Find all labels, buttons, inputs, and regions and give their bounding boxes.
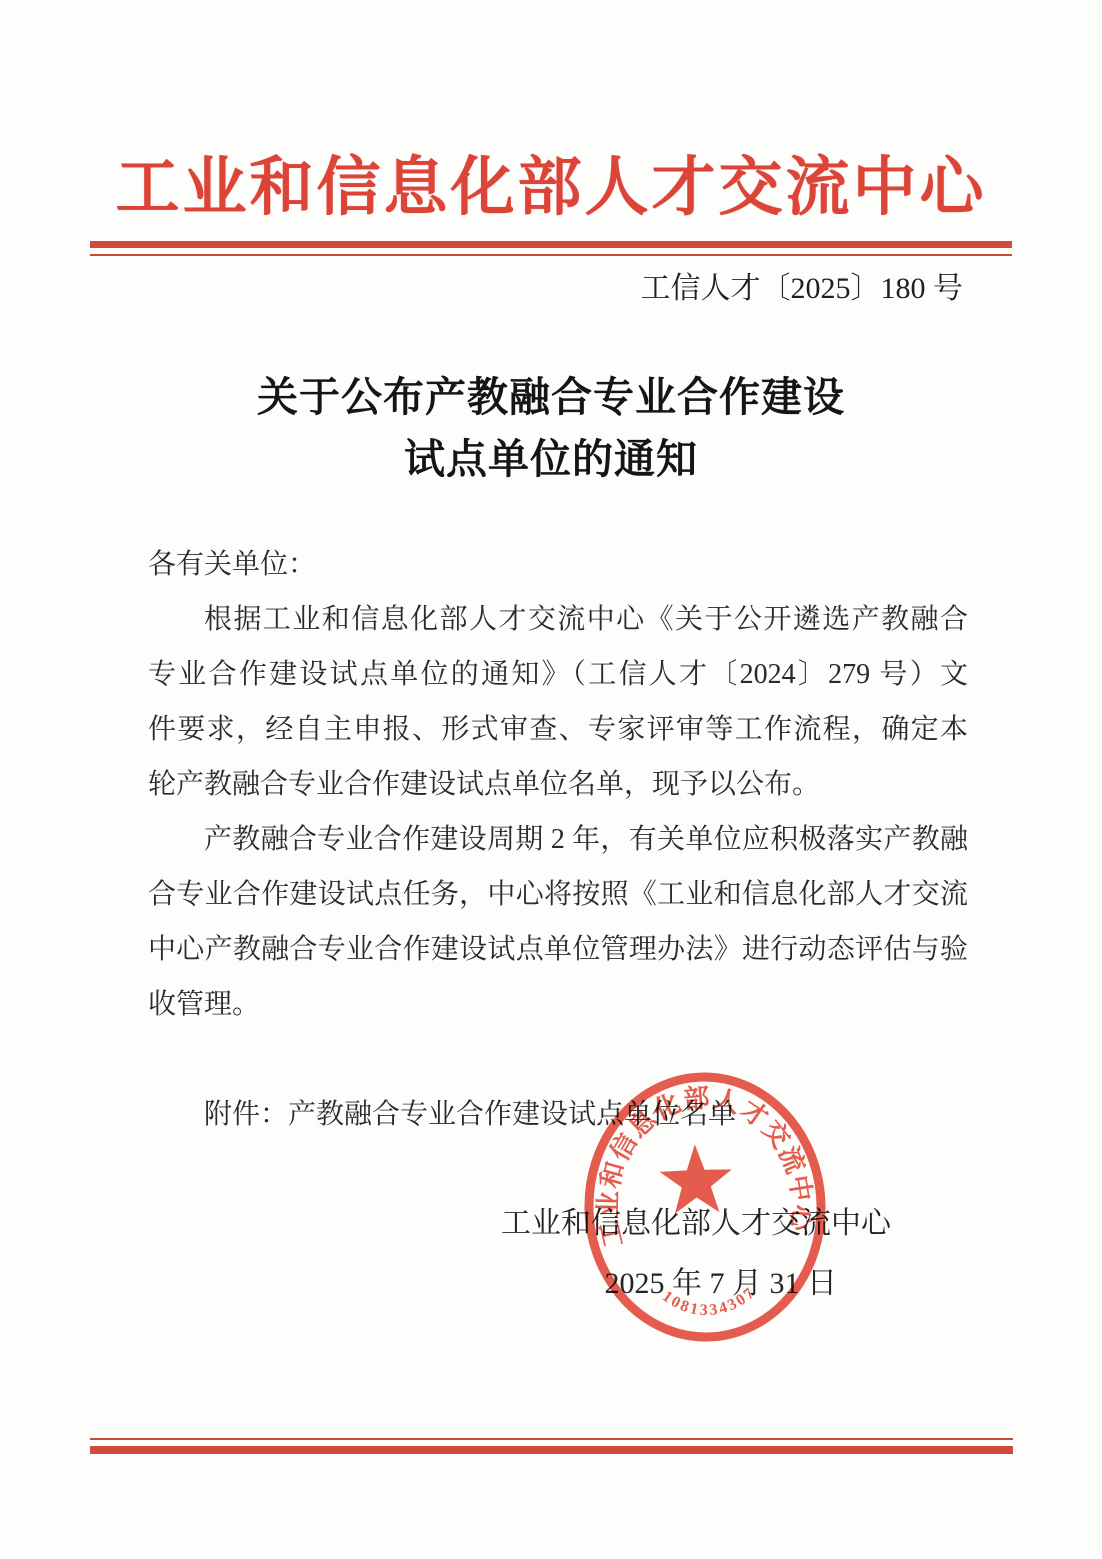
salutation: 各有关单位： xyxy=(148,537,968,592)
paragraph-1: 根据工业和信息化部人才交流中心《关于公开遴选产教融合专业合作建设试点单位的通知》… xyxy=(148,592,968,812)
body-text-line: 专业合作建设试点单位的通知》（工信人才〔2024〕279 号）文 xyxy=(148,647,968,702)
attachment-line: 附件：产教融合专业合作建设试点单位名单 xyxy=(148,1087,736,1142)
body-text-line: 中心产教融合专业合作建设试点单位管理办法》进行动态评估与验 xyxy=(148,922,968,977)
signoff-org-name: 工业和信息化部人才交流中心 xyxy=(501,1204,891,1244)
paragraph-2: 产教融合专业合作建设周期 2 年，有关单位应积极落实产教融合专业合作建设试点任务… xyxy=(148,812,968,1032)
document-title: 关于公布产教融合专业合作建设 试点单位的通知 xyxy=(0,366,1102,490)
body-text-line: 根据工业和信息化部人才交流中心《关于公开遴选产教融合 xyxy=(148,592,968,647)
footer-rule-thick xyxy=(90,1446,1013,1454)
body-text-line: 产教融合专业合作建设周期 2 年，有关单位应积极落实产教融 xyxy=(148,812,968,867)
body-text-line: 收管理。 xyxy=(148,977,968,1032)
footer-rule xyxy=(90,1438,1013,1454)
document-title-line2: 试点单位的通知 xyxy=(0,428,1102,490)
document-page: 工业和信息化部人才交流中心 工信人才〔2025〕180 号 关于公布产教融合专业… xyxy=(0,0,1102,1559)
signoff-date: 2025 年 7 月 31 日 xyxy=(605,1264,838,1304)
body-text-line: 轮产教融合专业合作建设试点单位名单，现予以公布。 xyxy=(148,757,968,812)
letterhead-org-title: 工业和信息化部人才交流中心 xyxy=(0,150,1102,226)
letterhead-rule xyxy=(90,241,1012,256)
document-body: 各有关单位： 根据工业和信息化部人才交流中心《关于公开遴选产教融合专业合作建设试… xyxy=(148,537,968,1032)
letterhead-rule-thick xyxy=(90,241,1012,248)
body-text-line: 合专业合作建设试点任务，中心将按照《工业和信息化部人才交流 xyxy=(148,867,968,922)
letterhead-rule-thin xyxy=(90,254,1012,256)
body-text-line: 件要求，经自主申报、形式审查、专家评审等工作流程，确定本 xyxy=(148,702,968,757)
document-title-line1: 关于公布产教融合专业合作建设 xyxy=(0,366,1102,428)
document-number: 工信人才〔2025〕180 号 xyxy=(641,270,964,308)
